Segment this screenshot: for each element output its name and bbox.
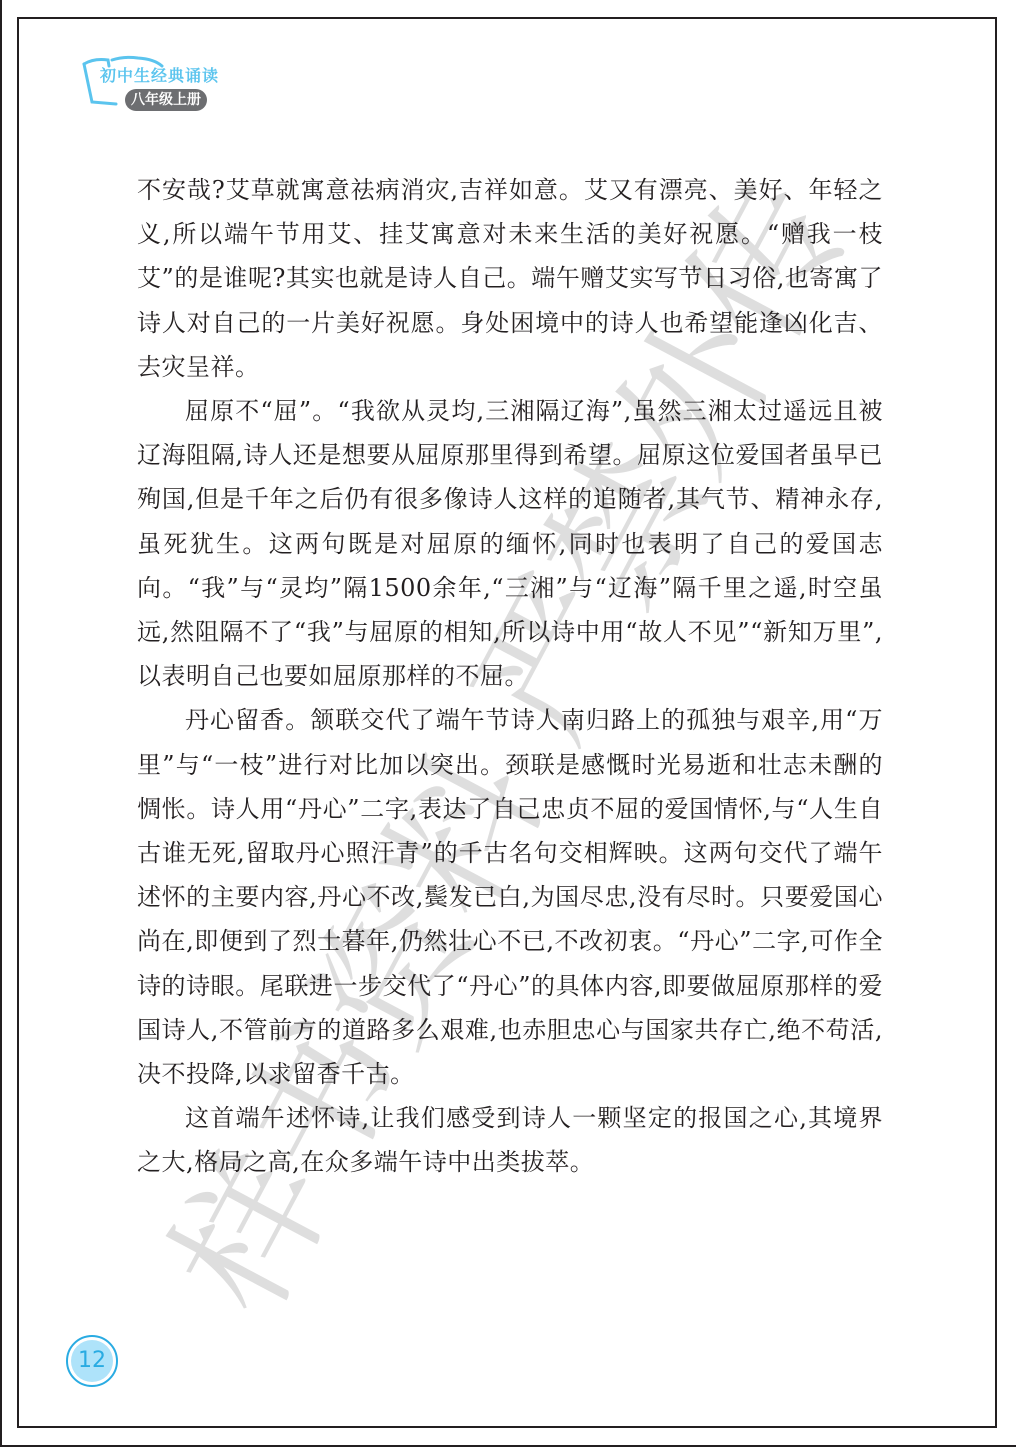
page-edge-line	[0, 0, 2, 1447]
article-body: 不安哉?艾草就寓意祛病消灾,吉祥如意。艾又有漂亮、美好、年轻之义,所以端午节用艾…	[137, 168, 883, 1185]
paragraph: 丹心留香。颔联交代了端午节诗人南归路上的孤独与艰辛,用“万里”与“一枝”进行对比…	[137, 698, 883, 1096]
grade-badge: 八年级上册	[125, 89, 207, 111]
page-number: 12	[71, 1340, 113, 1382]
paragraph: 屈原不“屈”。“我欲从灵均,三湘隔辽海”,虽然三湘太过遥远且被辽海阻隔,诗人还是…	[137, 389, 883, 698]
page-number-badge: 12	[66, 1335, 118, 1387]
book-header: 初中生经典诵读 八年级上册	[76, 52, 276, 122]
paragraph: 这首端午述怀诗,让我们感受到诗人一颗坚定的报国之心,其境界之大,格局之高,在众多…	[137, 1096, 883, 1184]
paragraph: 不安哉?艾草就寓意祛病消灾,吉祥如意。艾又有漂亮、美好、年轻之义,所以端午节用艾…	[137, 168, 883, 389]
series-title: 初中生经典诵读	[100, 63, 219, 86]
